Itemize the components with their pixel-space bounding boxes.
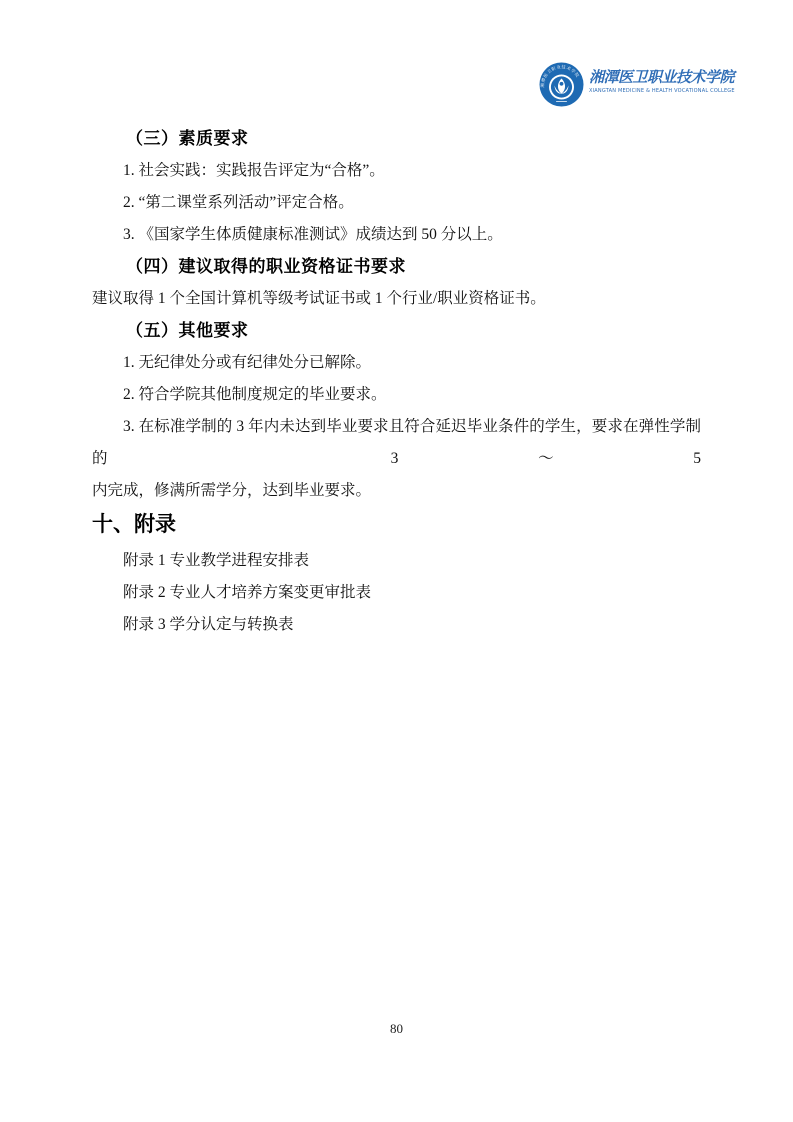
list-item-wrapped-line2: 内完成，修满所需学分，达到毕业要求。 (92, 475, 701, 507)
college-name-en: XIANGTAN MEDICINE & HEALTH VOCATIONAL CO… (589, 88, 735, 94)
list-item: 2. “第二课堂系列活动”评定合格。 (92, 187, 701, 219)
appendix-item: 附录 3 学分认定与转换表 (92, 609, 701, 641)
list-item: 1. 社会实践：实践报告评定为“合格”。 (92, 155, 701, 187)
college-name-zh: 湘潭医卫职业技术学院 (589, 69, 735, 86)
paragraph: 建议取得 1 个全国计算机等级考试证书或 1 个行业/职业资格证书。 (92, 283, 701, 315)
page-number: 80 (0, 1021, 793, 1037)
section-heading-quality-requirements: （三）素质要求 (92, 123, 701, 155)
section-heading-other-requirements: （五）其他要求 (92, 315, 701, 347)
section-heading-certificate-requirements: （四）建议取得的职业资格证书要求 (92, 251, 701, 283)
document-page: 湘潭医卫职业技术学院 湘潭医卫职业技术学院 XIANGTAN MEDICINE … (0, 0, 793, 1122)
list-item: 3. 《国家学生体质健康标准测试》成绩达到 50 分以上。 (92, 219, 701, 251)
appendix-item: 附录 1 专业教学进程安排表 (92, 545, 701, 577)
list-item: 2. 符合学院其他制度规定的毕业要求。 (92, 379, 701, 411)
list-item-wrapped-line1: 3. 在标准学制的 3 年内未达到毕业要求且符合延迟毕业条件的学生，要求在弹性学… (92, 411, 701, 475)
appendix-item: 附录 2 专业人才培养方案变更审批表 (92, 577, 701, 609)
college-logo: 湘潭医卫职业技术学院 湘潭医卫职业技术学院 XIANGTAN MEDICINE … (539, 62, 735, 107)
college-name-block: 湘潭医卫职业技术学院 XIANGTAN MEDICINE & HEALTH VO… (589, 62, 735, 94)
college-seal-icon: 湘潭医卫职业技术学院 (539, 62, 584, 107)
list-item: 1. 无纪律处分或有纪律处分已解除。 (92, 347, 701, 379)
section-heading-appendix: 十、附录 (92, 505, 701, 545)
